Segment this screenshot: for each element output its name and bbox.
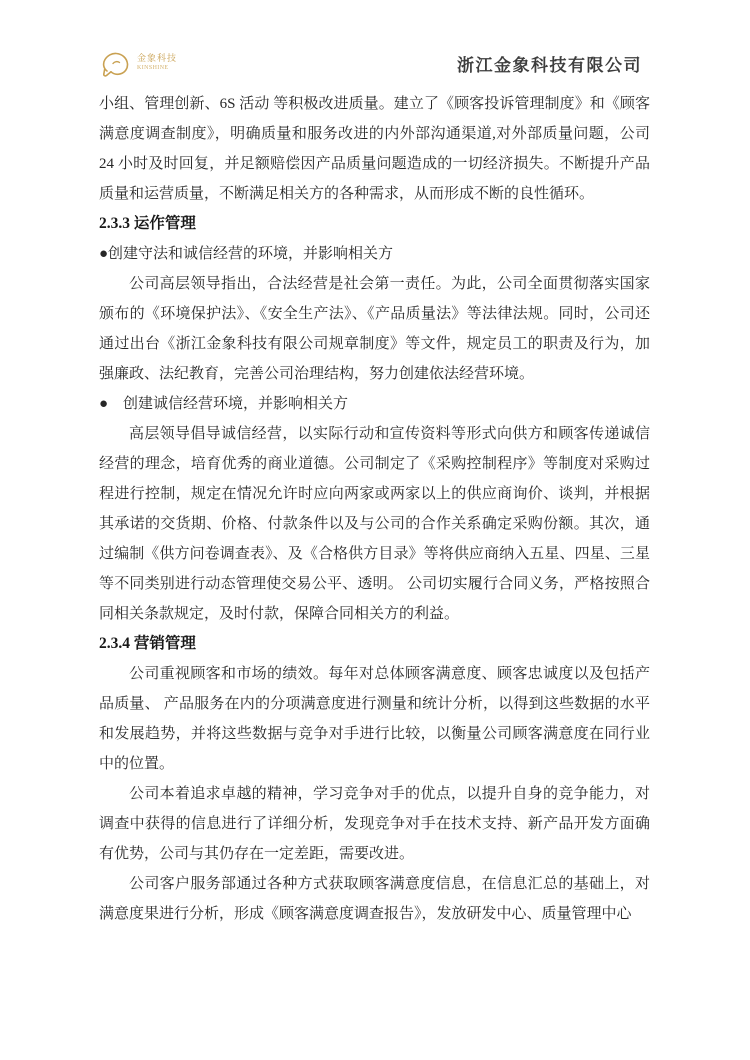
document-page: 金象科技 KINSHINE 浙江金象科技有限公司 小组、管理创新、6S 活动 等… (0, 0, 750, 1060)
logo-brand-en: KINSHINE (137, 65, 171, 72)
paragraph-legal-compliance: 公司高层领导指出，合法经营是社会第一责任。为此，公司全面贯彻落实国家颁布的《环境… (99, 269, 650, 389)
page-header: 金象科技 KINSHINE 浙江金象科技有限公司 (100, 44, 642, 82)
paragraph-customer-market-performance: 公司重视顾客和市场的绩效。每年对总体顾客满意度、顾客忠诚度以及包括产品质量、 产… (99, 659, 650, 779)
logo-brand-cn: 金象科技 (137, 54, 177, 64)
paragraph-quality-improvement: 小组、管理创新、6S 活动 等积极改进质量。建立了《顾客投诉管理制度》和《顾客满… (99, 89, 650, 209)
document-body: 小组、管理创新、6S 活动 等积极改进质量。建立了《顾客投诉管理制度》和《顾客满… (99, 89, 650, 929)
paragraph-competitor-analysis: 公司本着追求卓越的精神，学习竞争对手的优点，以提升自身的竞争能力，对调查中获得的… (99, 779, 650, 869)
header-company-name: 浙江金象科技有限公司 (457, 51, 642, 76)
section-heading-2-3-4: 2.3.4 营销管理 (99, 629, 650, 659)
paragraph-customer-service: 公司客户服务部通过各种方式获取顾客满意度信息，在信息汇总的基础上，对满意度果进行… (99, 869, 650, 929)
logo-text: 金象科技 KINSHINE (137, 54, 177, 72)
elephant-logo-icon (100, 48, 134, 78)
section-heading-2-3-3: 2.3.3 运作管理 (99, 209, 650, 239)
paragraph-integrity-procurement: 高层领导倡导诚信经营，以实际行动和宣传资料等形式向供方和顾客传递诚信经营的理念，… (99, 419, 650, 629)
bullet-integrity-environment: ● 创建诚信经营环境，并影响相关方 (99, 389, 650, 419)
company-logo: 金象科技 KINSHINE (100, 48, 177, 78)
bullet-lawful-operation: ●创建守法和诚信经营的环境，并影响相关方 (99, 239, 650, 269)
